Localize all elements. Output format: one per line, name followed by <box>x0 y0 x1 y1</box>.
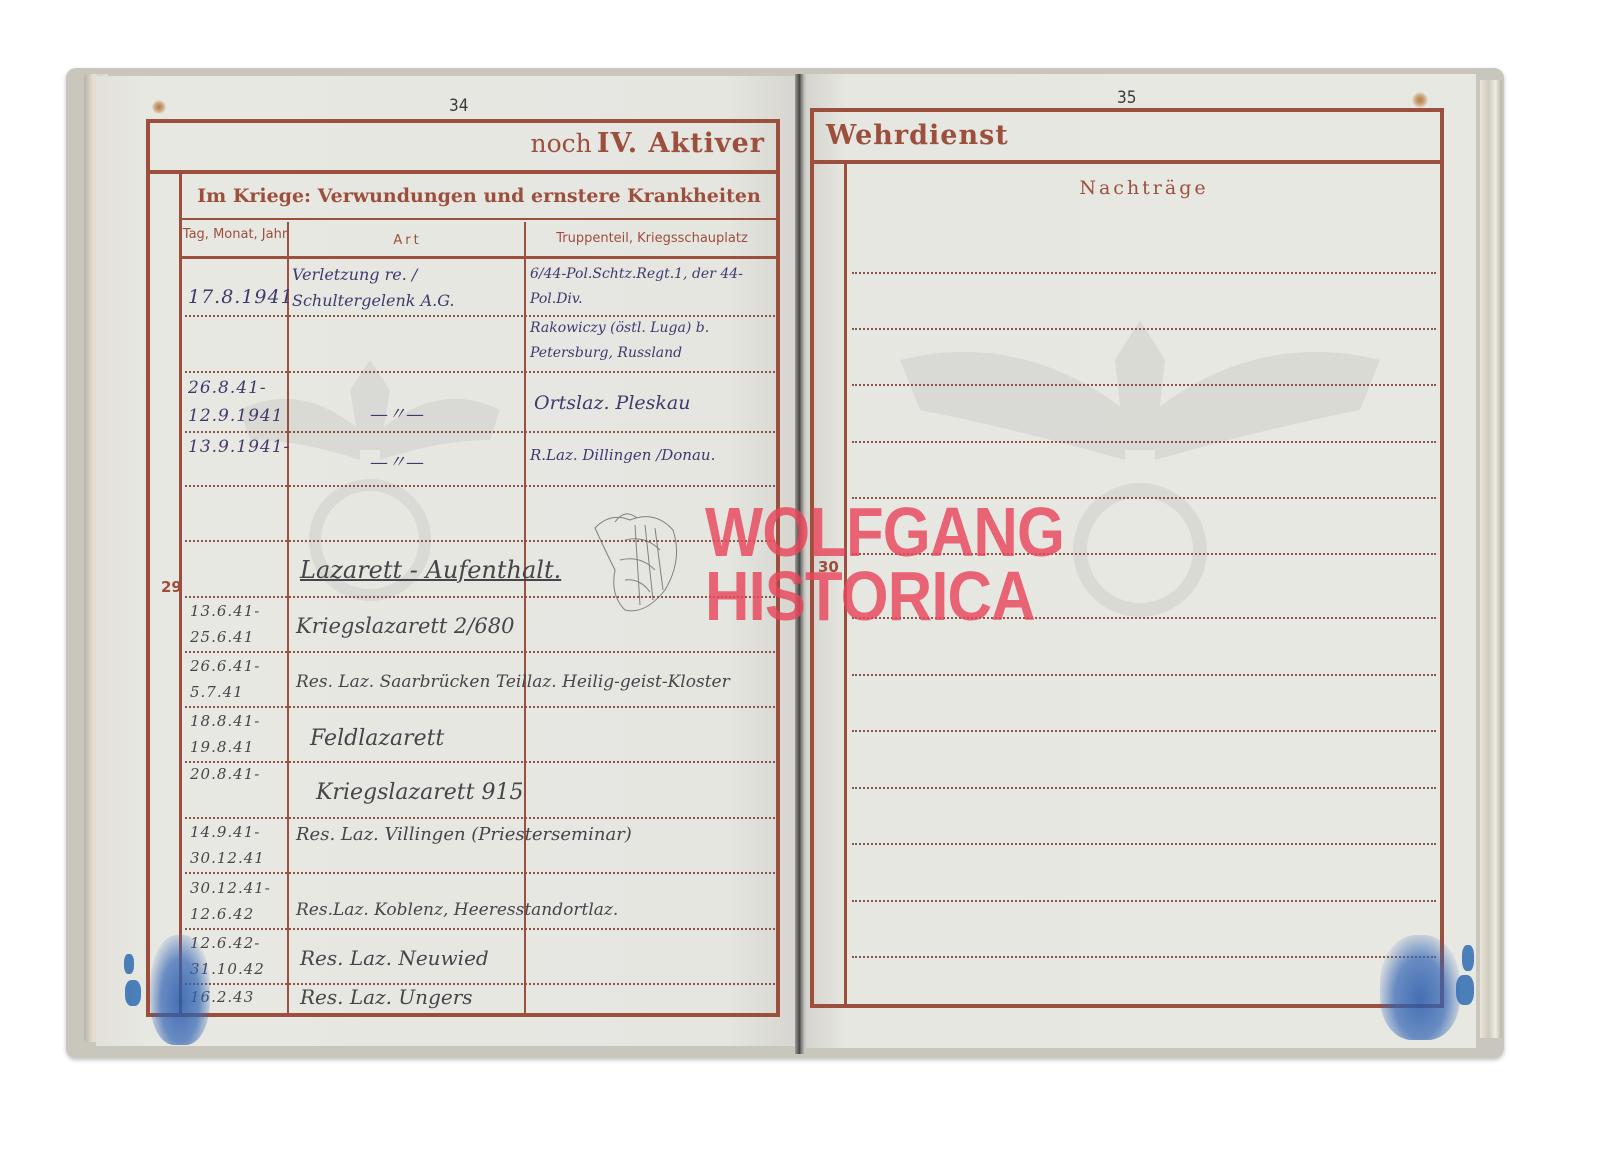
left-page-title: noch IV. Aktiver <box>490 128 765 159</box>
ink-blot <box>1456 975 1474 1005</box>
entry-art: Verletzung re. / Schultergelenk A.G. <box>292 262 522 314</box>
entry-art: Res.Laz. Koblenz, Heeresstandortlaz. <box>296 900 618 920</box>
row-rule <box>185 540 775 542</box>
blank-line[interactable] <box>852 956 1436 958</box>
entry-art: Res. Laz. Villingen (Priesterseminar) <box>296 822 766 848</box>
entry-unit: R.Laz. Dillingen /Donau. <box>530 446 715 464</box>
blank-line[interactable] <box>852 384 1436 386</box>
blank-line[interactable] <box>852 787 1436 789</box>
blank-line[interactable] <box>852 272 1436 274</box>
row-rule <box>185 761 775 763</box>
blank-line[interactable] <box>852 730 1436 732</box>
blank-line[interactable] <box>852 328 1436 330</box>
ink-blot <box>150 935 210 1045</box>
title-band-divider <box>810 160 1444 164</box>
watermark-wolfgang: WOLFGANG <box>705 500 1064 564</box>
entry-date: 14.9.41- 30.12.41 <box>190 819 286 871</box>
row-rule <box>185 983 775 985</box>
row-rule <box>185 485 775 487</box>
entry-art: Kriegslazarett 2/680 <box>296 614 514 638</box>
entry-date: 17.8.1941 <box>188 286 294 308</box>
section-subheader: Im Kriege: Verwundungen und ernstere Kra… <box>182 185 776 207</box>
col-divider-1 <box>287 222 289 1015</box>
blank-line[interactable] <box>852 674 1436 676</box>
ink-blot <box>1380 935 1460 1040</box>
entry-art: Kriegslazarett 915 <box>316 780 523 805</box>
entry-section-heading: Lazarett - Aufenthalt. <box>300 556 561 584</box>
page-block-right-edge <box>1480 80 1502 1038</box>
entry-date: 13.9.1941- <box>188 437 290 457</box>
blank-line[interactable] <box>852 843 1436 845</box>
entry-date: 20.8.41- <box>190 765 260 783</box>
col-header-date: Tag, Monat, Jahr <box>182 228 288 242</box>
subheader-rule <box>181 218 778 220</box>
entry-art-ditto: —〃— <box>370 448 424 474</box>
age-stain <box>1412 92 1428 108</box>
entry-date: 13.6.41- 25.6.41 <box>190 598 286 650</box>
title-main: IV. Aktiver <box>597 128 765 159</box>
entry-date: 30.12.41- 12.6.42 <box>190 875 286 927</box>
header-bottom-rule <box>181 256 778 259</box>
entry-art: Res. Laz. Ungers <box>300 985 473 1009</box>
entry-unit: 6/44-Pol.Schtz.Regt.1, der 44-Pol.Div. <box>530 262 775 312</box>
margin-number-left: 29 <box>161 578 182 596</box>
entry-date: 26.6.41- 5.7.41 <box>190 653 286 705</box>
right-page-title: Wehrdienst <box>826 120 1009 151</box>
title-band-divider <box>146 170 780 174</box>
entry-art: Feldlazarett <box>310 726 444 751</box>
col-header-unit: Truppenteil, Kriegsschauplatz <box>527 232 777 246</box>
blank-line[interactable] <box>852 441 1436 443</box>
ink-blot <box>1462 945 1474 971</box>
row-rule <box>185 371 775 373</box>
col-divider-2 <box>524 222 526 1015</box>
row-rule <box>185 431 775 433</box>
row-rule <box>185 872 775 874</box>
entry-art-ditto: —〃— <box>370 400 424 426</box>
entry-art: Res. Laz. Neuwied <box>300 946 489 970</box>
entry-unit: Rakowiczy (östl. Luga) b. Petersburg, Ru… <box>530 316 775 366</box>
entry-date: 18.8.41- 19.8.41 <box>190 708 286 760</box>
pencil-sketch-animal-icon <box>585 500 685 620</box>
entry-unit: Ortslaz. Pleskau <box>534 392 690 414</box>
blank-line[interactable] <box>852 900 1436 902</box>
page-number-right: 35 <box>1117 88 1136 108</box>
title-prefix: noch <box>531 129 592 158</box>
age-stain <box>152 100 166 114</box>
watermark-historica: HISTORICA <box>705 564 1035 628</box>
section-subheader-nachtraege: Nachträge <box>848 177 1440 199</box>
ink-blot <box>124 954 134 974</box>
ink-blot <box>125 980 141 1006</box>
entry-art: Res. Laz. Saarbrücken Teillaz. Heilig-ge… <box>296 672 730 692</box>
entry-date: 26.8.41- 12.9.1941 <box>188 374 286 430</box>
col-header-art: Art <box>290 234 525 248</box>
page-number-left: 34 <box>449 96 468 116</box>
